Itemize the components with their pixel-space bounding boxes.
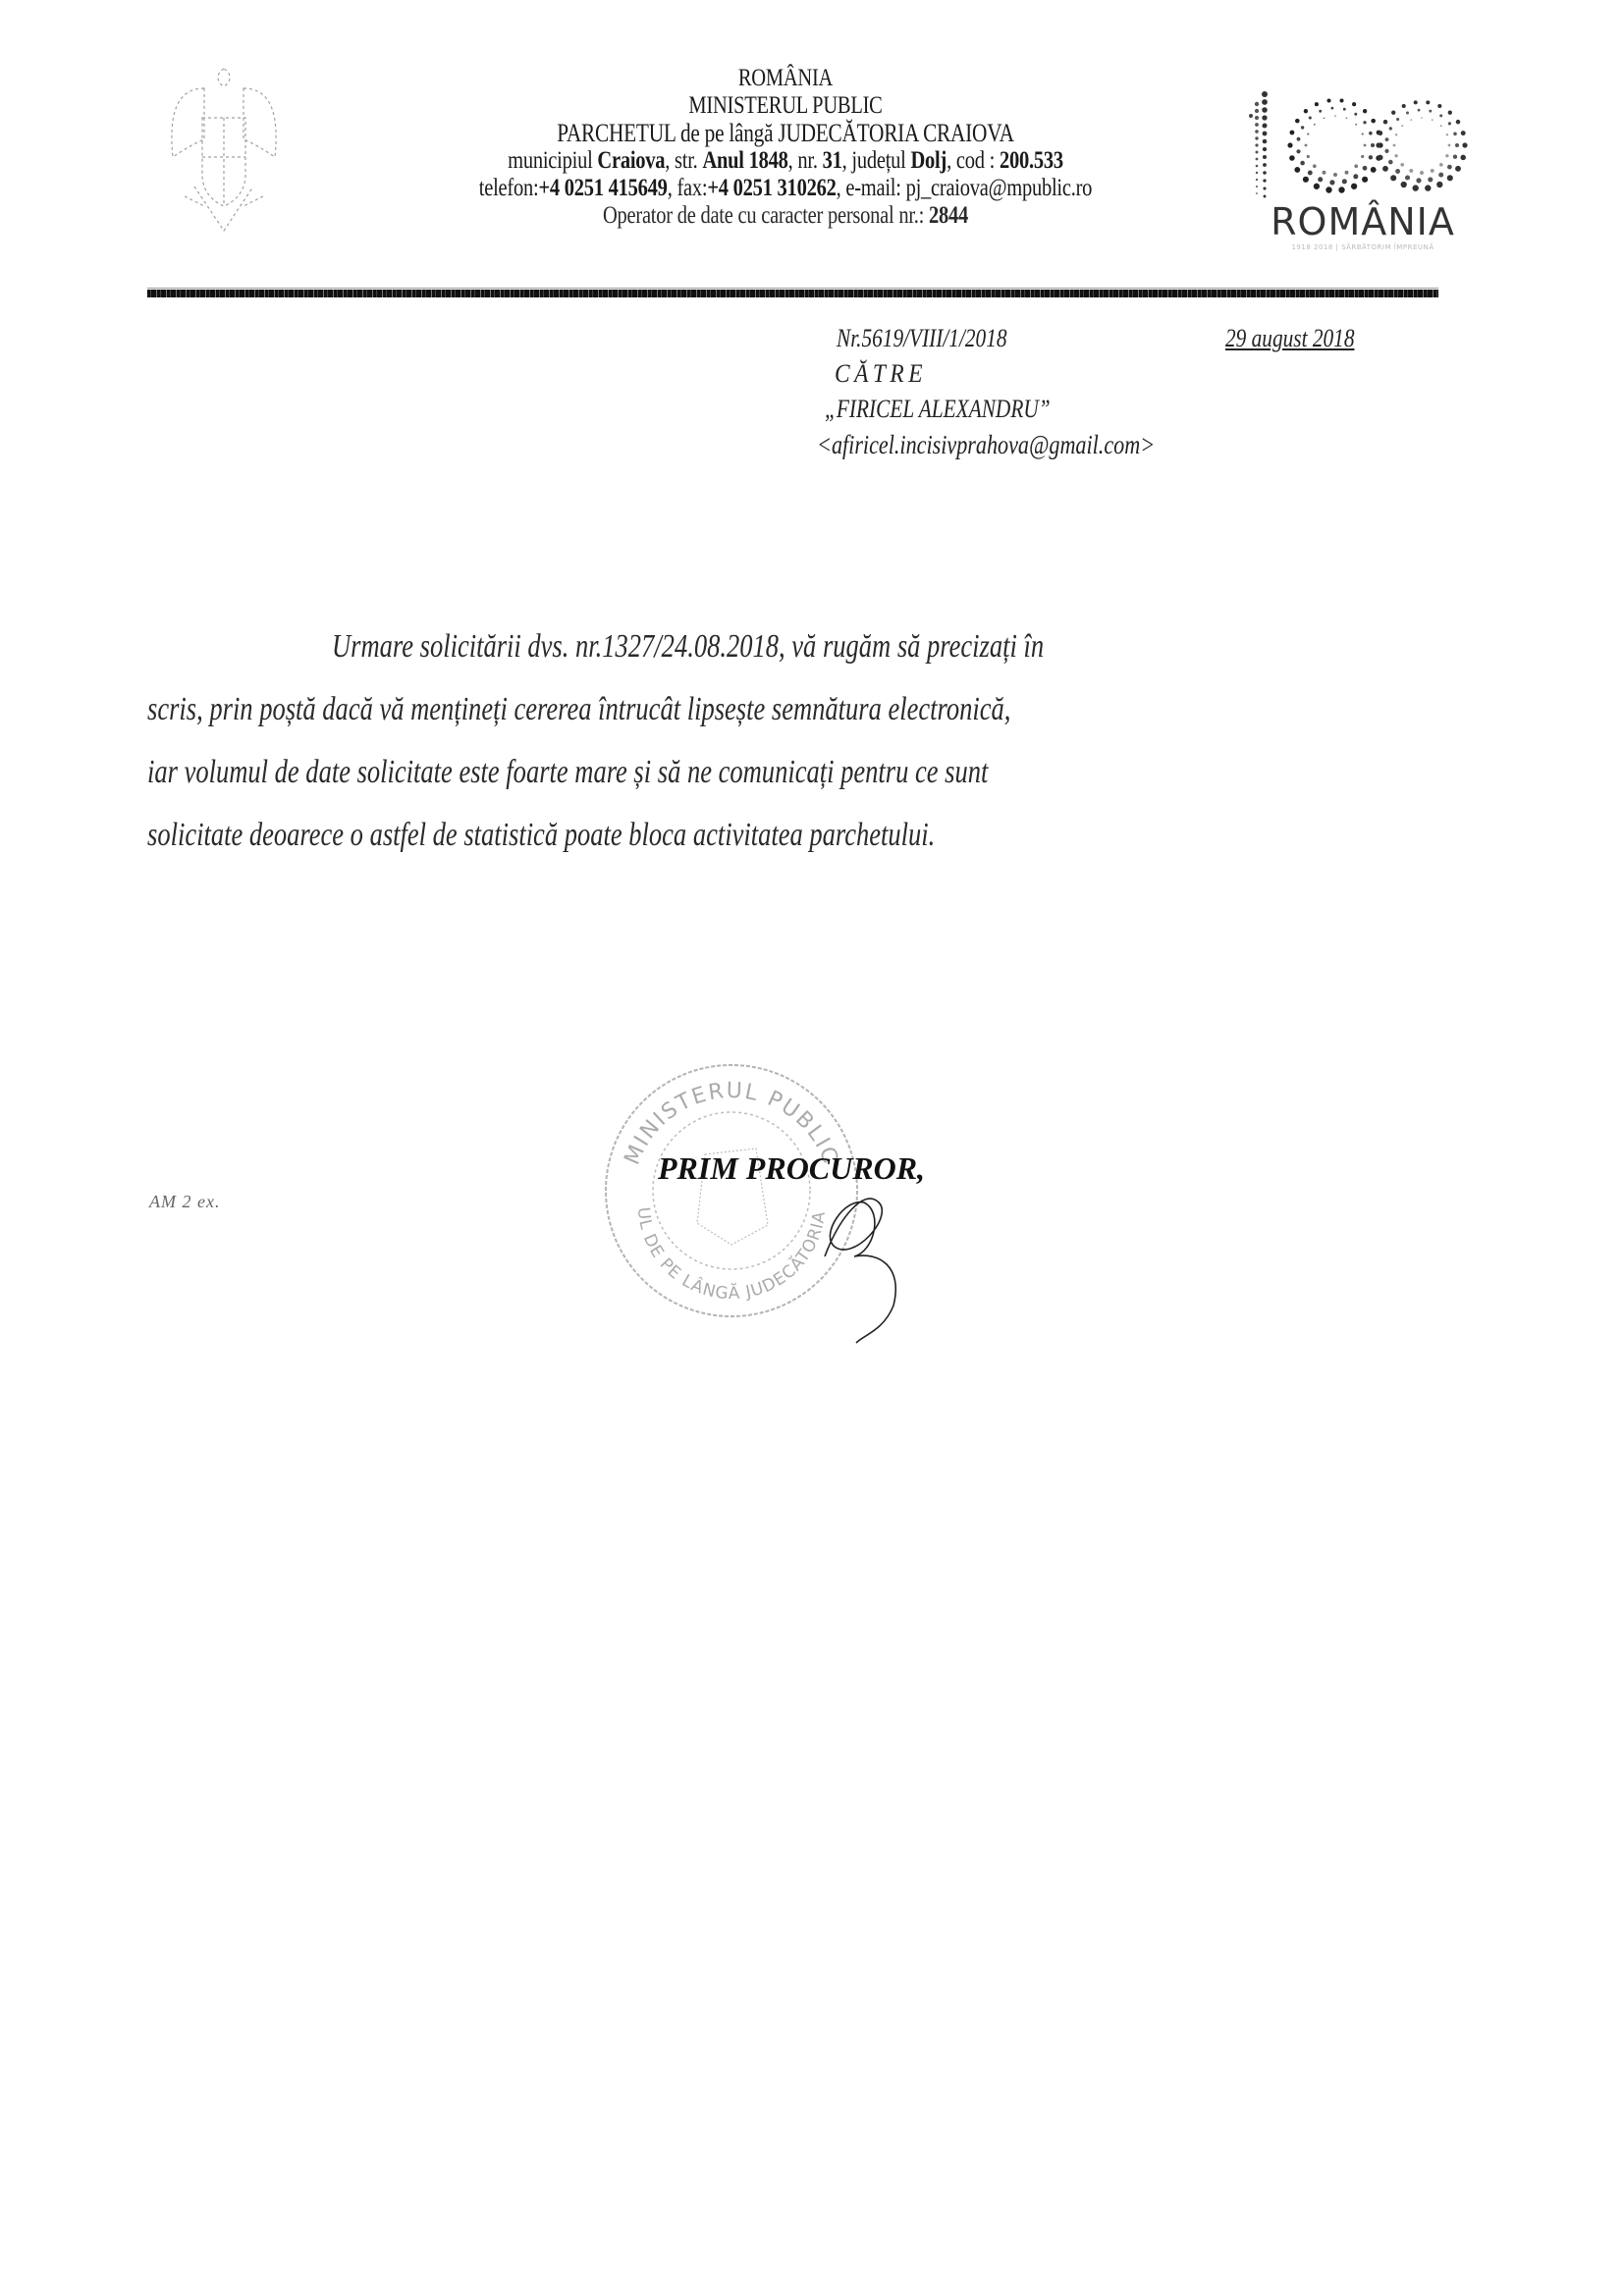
body-line: Urmare solicitării dvs. nr.1327/24.08.20… — [332, 628, 1044, 666]
document-date: 29 august 2018 — [1225, 324, 1354, 353]
recipient-name: „FIRICEL ALEXANDRU” — [825, 395, 1051, 424]
institution-name: PARCHETUL de pe lângă JUDECĂTORIA CRAIOV… — [399, 120, 1171, 147]
address-street-label: , str. — [665, 147, 697, 174]
letterhead: ROMÂNIA MINISTERUL PUBLIC PARCHETUL de p… — [314, 65, 1257, 230]
institution-address: municipiul Craiova, str. Anul 1848, nr. … — [399, 147, 1171, 175]
operator-number: 2844 — [929, 202, 968, 229]
centenary-tagline: 1918 2018 | SĂRBĂTORIM ÎMPREUNĂ — [1245, 243, 1481, 251]
institution-suffix: JUDECĂTORIA CRAIOVA — [778, 119, 1013, 147]
to-label: CĂTRE — [835, 359, 927, 389]
phone-number: +4 0251 415649 — [538, 175, 667, 201]
country-name: ROMÂNIA — [399, 65, 1171, 92]
registration-number: Nr.5619/VIII/1/2018 — [837, 324, 1007, 353]
address-county: Dolj — [910, 147, 947, 174]
address-code: 200.533 — [1000, 147, 1063, 174]
address-county-label: , județul — [842, 147, 906, 174]
romania-centenary-logo: ROMÂNIA 1918 2018 | SĂRBĂTORIM ÎMPREUNĂ — [1245, 86, 1481, 253]
recipient-email: <afiricel.incisivprahova@gmail.com> — [817, 430, 1155, 460]
handwritten-signature-icon — [785, 1158, 933, 1345]
header-divider — [147, 290, 1438, 297]
address-nr: 31 — [823, 147, 842, 174]
operator-label: Operator de date cu caracter personal nr… — [603, 202, 924, 229]
body-line: iar volumul de date solicitate este foar… — [147, 754, 988, 791]
address-prefix: municipiul — [508, 147, 592, 174]
ministry-name: MINISTERUL PUBLIC — [399, 92, 1171, 120]
fax-label: , fax: — [668, 175, 708, 201]
email-label: , e-mail: — [837, 175, 901, 201]
phone-label: telefon: — [479, 175, 539, 201]
centenary-dots-icon — [1245, 86, 1481, 204]
address-code-label: , cod : — [947, 147, 995, 174]
address-street: Anul 1848 — [702, 147, 787, 174]
data-operator: Operator de date cu caracter personal nr… — [399, 202, 1171, 230]
fax-number: +4 0251 310262 — [707, 175, 836, 201]
body-line: scris, prin poștă dacă vă mențineți cere… — [147, 691, 1010, 728]
institution-contact: telefon:+4 0251 415649, fax:+4 0251 3102… — [399, 175, 1171, 202]
body-line: solicitate deoarece o astfel de statisti… — [147, 817, 935, 854]
institution-prefix: PARCHETUL — [557, 119, 676, 147]
institution-mid: de pe lângă — [680, 119, 773, 147]
centenary-wordmark: ROMÂNIA — [1245, 202, 1481, 241]
address-city: Craiova — [597, 147, 665, 174]
header-rule-top — [147, 288, 1438, 289]
addressee-block: Nr.5619/VIII/1/2018 29 august 2018 CĂTRE… — [805, 324, 1473, 355]
institution-email: pj_craiova@mpublic.ro — [906, 175, 1093, 201]
address-nr-label: , nr. — [788, 147, 818, 174]
coat-of-arms-icon — [165, 59, 283, 245]
copies-note: AM 2 ex. — [149, 1192, 220, 1212]
